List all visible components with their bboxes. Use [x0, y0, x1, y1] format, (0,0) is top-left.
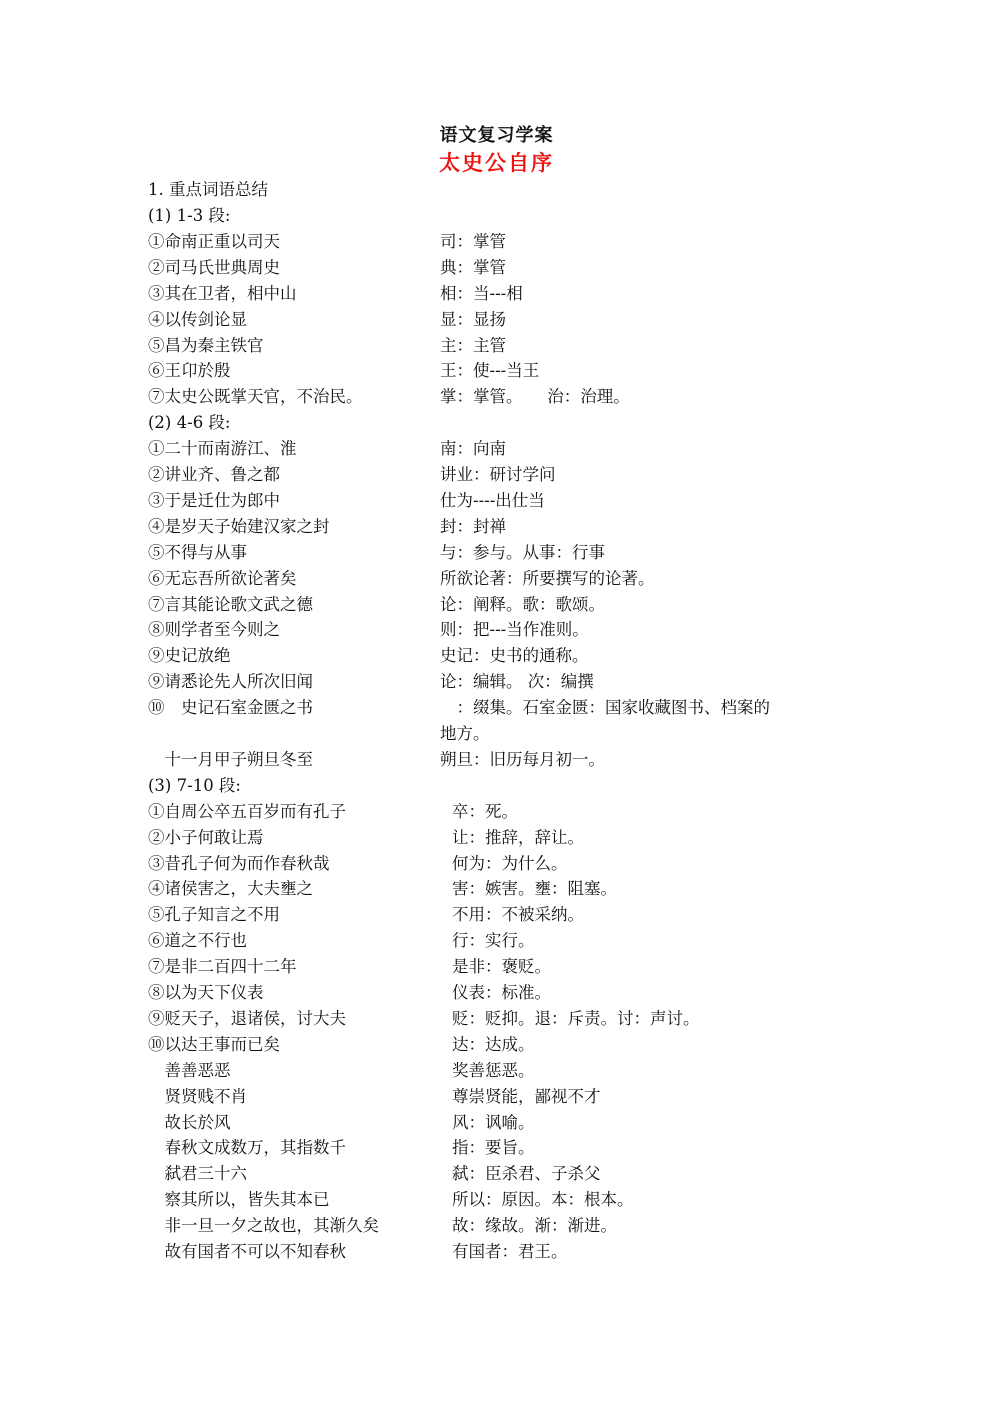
source-sentence: ⑧以为天下仪表	[148, 980, 264, 1006]
source-sentence: ⑧则学者至今则之	[148, 617, 280, 643]
vocab-row: ⑩以达王事而已矣达：达成。	[0, 1032, 993, 1058]
vocab-row: ⑧则学者至今则之则：把---当作准则。	[0, 617, 993, 643]
word-explanation: 司：掌管	[440, 229, 506, 255]
word-explanation: 相：当---相	[440, 281, 523, 307]
source-sentence: ⑦是非二百四十二年	[148, 954, 297, 980]
source-sentence: ⑨请悉论先人所次旧闻	[148, 669, 313, 695]
source-sentence: ⑥王卬於殷	[148, 358, 231, 384]
source-sentence: 故长於风	[148, 1110, 231, 1136]
source-sentence: ⑥道之不行也	[148, 928, 247, 954]
document-subtitle: 太史公自序	[0, 147, 993, 177]
source-sentence: ③于是迁仕为郎中	[148, 488, 280, 514]
word-explanation: 指：要旨。	[452, 1135, 535, 1161]
source-sentence: 春秋文成数万，其指数千	[148, 1135, 346, 1161]
vocab-row: ②讲业齐、鲁之都讲业：研讨学问	[0, 462, 993, 488]
vocab-row: ①自周公卒五百岁而有孔子卒：死。	[0, 799, 993, 825]
word-explanation: 南：向南	[440, 436, 506, 462]
word-explanation: 显：显扬	[440, 307, 506, 333]
vocab-row: ③昔孔子何为而作春秋哉何为：为什么。	[0, 851, 993, 877]
vocab-row: 贤贤贱不肖尊崇贤能，鄙视不才	[0, 1084, 993, 1110]
vocab-row: ④诸侯害之，大夫壅之害：嫉害。壅：阻塞。	[0, 876, 993, 902]
vocab-row: 十一月甲子朔旦冬至朔旦：旧历每月初一。	[0, 747, 993, 773]
source-sentence: 十一月甲子朔旦冬至	[148, 747, 313, 773]
vocab-row: ⑦太史公既掌天官，不治民。掌：掌管。 治：治理。	[0, 384, 993, 410]
vocab-row: ③其在卫者，相中山相：当---相	[0, 281, 993, 307]
part-label-row: (3) 7-10 段:	[0, 773, 993, 799]
source-sentence: ⑩以达王事而已矣	[148, 1032, 280, 1058]
source-sentence: ⑦言其能论歌文武之德	[148, 592, 313, 618]
word-explanation: 尊崇贤能，鄙视不才	[452, 1084, 601, 1110]
part-label: (3) 7-10 段:	[148, 773, 241, 799]
source-sentence: ②讲业齐、鲁之都	[148, 462, 280, 488]
word-explanation: 弑：臣杀君、子杀父	[452, 1161, 601, 1187]
vocab-row: ⑦言其能论歌文武之德论：阐释。歌：歌颂。	[0, 592, 993, 618]
section-heading-row: 1. 重点词语总结	[0, 177, 993, 203]
vocab-row: ③于是迁仕为郎中仕为----出仕当	[0, 488, 993, 514]
vocab-row: ⑥道之不行也行：实行。	[0, 928, 993, 954]
word-explanation: 仪表：标准。	[452, 980, 551, 1006]
word-explanation: 则：把---当作准则。	[440, 617, 589, 643]
part-label: (1) 1-3 段:	[148, 203, 231, 229]
word-explanation: 故：缘故。渐：渐进。	[452, 1213, 617, 1239]
word-explanation: 论：编辑。 次：编撰	[440, 669, 594, 695]
word-explanation: 让：推辞，辞让。	[452, 825, 584, 851]
source-sentence: ①自周公卒五百岁而有孔子	[148, 799, 346, 825]
word-explanation: 朔旦：旧历每月初一。	[440, 747, 605, 773]
source-sentence: ①二十而南游江、淮	[148, 436, 297, 462]
source-sentence: 非一旦一夕之故也，其渐久矣	[148, 1213, 379, 1239]
vocab-row: ②司马氏世典周史典：掌管	[0, 255, 993, 281]
vocab-row: 非一旦一夕之故也，其渐久矣故：缘故。渐：渐进。	[0, 1213, 993, 1239]
vocab-row: ②小子何敢让焉让：推辞，辞让。	[0, 825, 993, 851]
word-explanation: 与：参与。从事：行事	[440, 540, 605, 566]
source-sentence: ③昔孔子何为而作春秋哉	[148, 851, 330, 877]
vocab-row: ④是岁天子始建汉家之封封：封禅	[0, 514, 993, 540]
vocab-row: ④以传剑论显显：显扬	[0, 307, 993, 333]
word-explanation: 所以：原因。本：根本。	[452, 1187, 634, 1213]
vocab-row: 春秋文成数万，其指数千指：要旨。	[0, 1135, 993, 1161]
vocab-row: ⑤孔子知言之不用不用：不被采纳。	[0, 902, 993, 928]
source-sentence: 察其所以，皆失其本已	[148, 1187, 330, 1213]
section-heading: 1. 重点词语总结	[148, 177, 268, 203]
source-sentence: ⑤孔子知言之不用	[148, 902, 280, 928]
word-explanation: 讲业：研讨学问	[440, 462, 556, 488]
source-sentence: 贤贤贱不肖	[148, 1084, 247, 1110]
word-explanation: 不用：不被采纳。	[452, 902, 584, 928]
source-sentence: 故有国者不可以不知春秋	[148, 1239, 346, 1265]
document-page: 语文复习学案 太史公自序 1. 重点词语总结 (1) 1-3 段:①命南正重以司…	[0, 0, 993, 1404]
word-explanation: 封：封禅	[440, 514, 506, 540]
source-sentence: ⑨贬天子，退诸侯，讨大夫	[148, 1006, 346, 1032]
word-explanation: 奖善惩恶。	[452, 1058, 535, 1084]
word-explanation: 仕为----出仕当	[440, 488, 545, 514]
vocab-row: 善善恶恶奖善惩恶。	[0, 1058, 993, 1084]
source-sentence: ①命南正重以司天	[148, 229, 280, 255]
vocab-row: ⑤昌为秦主铁官主：主管	[0, 333, 993, 359]
word-explanation: 论：阐释。歌：歌颂。	[440, 592, 605, 618]
source-sentence: ⑤不得与从事	[148, 540, 247, 566]
source-sentence: ④诸侯害之，大夫壅之	[148, 876, 313, 902]
vocab-row: ①二十而南游江、淮南：向南	[0, 436, 993, 462]
source-sentence: ⑥无忘吾所欲论著矣	[148, 566, 297, 592]
word-explanation: 行：实行。	[452, 928, 535, 954]
source-sentence: ⑤昌为秦主铁官	[148, 333, 264, 359]
word-explanation: 所欲论著：所要撰写的论著。	[440, 566, 655, 592]
word-explanation: 有国者：君王。	[452, 1239, 568, 1265]
vocab-row: ⑨贬天子，退诸侯，讨大夫贬：贬抑。退：斥责。讨：声讨。	[0, 1006, 993, 1032]
vocab-row: ⑨请悉论先人所次旧闻论：编辑。 次：编撰	[0, 669, 993, 695]
document-title: 语文复习学案	[0, 121, 993, 147]
word-explanation: 卒：死。	[452, 799, 518, 825]
word-explanation: 何为：为什么。	[452, 851, 568, 877]
word-explanation: 王：使---当王	[440, 358, 539, 384]
source-sentence: 善善恶恶	[148, 1058, 231, 1084]
vocab-row: 故长於风风：讽喻。	[0, 1110, 993, 1136]
part-label-row: (1) 1-3 段:	[0, 203, 993, 229]
source-sentence: ⑩ 史记石室金匮之书	[148, 695, 313, 721]
vocab-row: 察其所以，皆失其本已所以：原因。本：根本。	[0, 1187, 993, 1213]
part-label: (2) 4-6 段:	[148, 410, 231, 436]
vocab-row: ⑨史记放绝史记：史书的通称。	[0, 643, 993, 669]
word-explanation: 害：嫉害。壅：阻塞。	[452, 876, 617, 902]
word-explanation: 史记：史书的通称。	[440, 643, 589, 669]
vocab-row: ⑥无忘吾所欲论著矣所欲论著：所要撰写的论著。	[0, 566, 993, 592]
word-explanation: 达：达成。	[452, 1032, 535, 1058]
source-sentence: 弑君三十六	[148, 1161, 247, 1187]
word-explanation: 贬：贬抑。退：斥责。讨：声讨。	[452, 1006, 700, 1032]
vocab-row: ①命南正重以司天司：掌管	[0, 229, 993, 255]
word-explanation: 地方。	[440, 721, 490, 747]
word-explanation: 是非：褒贬。	[452, 954, 551, 980]
vocab-row: 故有国者不可以不知春秋有国者：君王。	[0, 1239, 993, 1265]
word-explanation: 风：讽喻。	[452, 1110, 535, 1136]
word-explanation: 典：掌管	[440, 255, 506, 281]
source-sentence: ④是岁天子始建汉家之封	[148, 514, 330, 540]
word-explanation: 主：主管	[440, 333, 506, 359]
source-sentence: ②小子何敢让焉	[148, 825, 264, 851]
vocab-row: ⑥王卬於殷王：使---当王	[0, 358, 993, 384]
source-sentence: ④以传剑论显	[148, 307, 247, 333]
vocab-row: 弑君三十六弑：臣杀君、子杀父	[0, 1161, 993, 1187]
vocab-row: ⑩ 史记石室金匮之书 ：缀集。石室金匮：国家收藏图书、档案的	[0, 695, 993, 721]
word-explanation: 掌：掌管。 治：治理。	[440, 384, 630, 410]
source-sentence: ③其在卫者，相中山	[148, 281, 297, 307]
source-sentence: ⑨史记放绝	[148, 643, 231, 669]
vocab-row: ⑦是非二百四十二年是非：褒贬。	[0, 954, 993, 980]
vocab-row: ⑧以为天下仪表仪表：标准。	[0, 980, 993, 1006]
vocab-row: 地方。	[0, 721, 993, 747]
word-explanation: ：缀集。石室金匮：国家收藏图书、档案的	[440, 695, 770, 721]
part-label-row: (2) 4-6 段:	[0, 410, 993, 436]
source-sentence: ⑦太史公既掌天官，不治民。	[148, 384, 363, 410]
source-sentence: ②司马氏世典周史	[148, 255, 280, 281]
vocab-row: ⑤不得与从事与：参与。从事：行事	[0, 540, 993, 566]
